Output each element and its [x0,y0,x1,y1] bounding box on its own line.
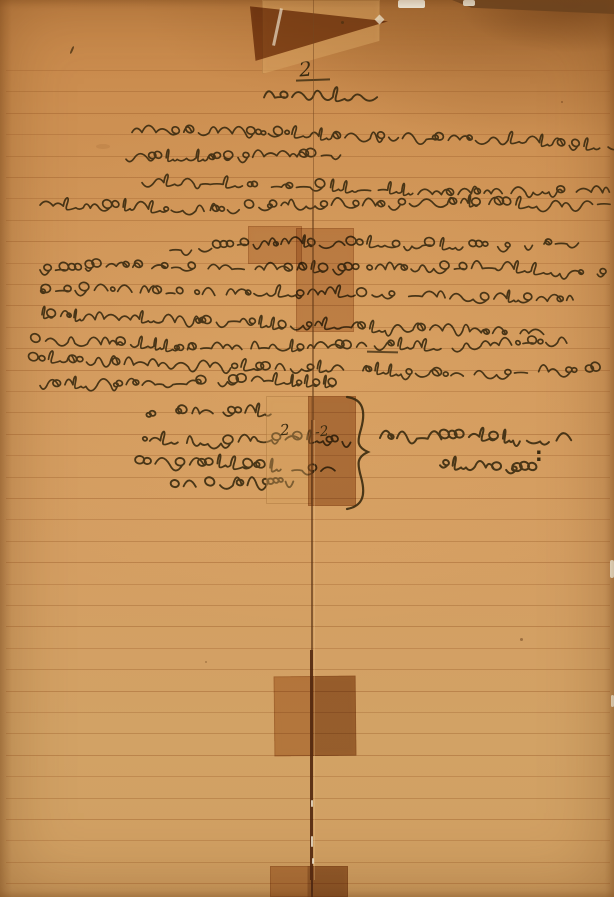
ink-speck [69,46,74,54]
tape-strip-paragraph-a [248,226,302,264]
ruled-line [6,605,610,606]
date-numeral-2: -2 [314,423,329,441]
tape-strip-signature-light [266,396,312,504]
fold-crease-middle [311,420,313,650]
ruled-line [6,798,610,799]
heading-line [262,80,370,109]
date-numeral-1: 2 [279,421,290,440]
crease-glint-3 [312,858,314,864]
paper-speck-1 [520,638,523,641]
crease-glint-2 [311,836,313,847]
ruled-line [6,519,610,520]
ruled-line [6,776,610,777]
signer-colon: : [535,444,543,466]
fold-crease-upper [312,190,314,420]
paper-speck-4 [96,144,110,149]
ruled-line [6,669,610,670]
signer-line [378,421,576,451]
crease-glint-1 [311,800,313,807]
handwritten-line [38,184,608,216]
signer-line [438,448,548,477]
tape-strip-paragraph-b [296,228,354,332]
ruled-line [6,220,610,221]
handwritten-line [38,365,338,396]
ruled-line [6,648,610,649]
paper-speck-3 [205,661,207,663]
white-tear-right-1 [610,560,614,578]
fold-crease-bottom [311,880,313,897]
ruled-line [6,862,610,863]
ruled-line [6,819,610,820]
ruled-line [6,626,610,627]
paper-speck-2 [561,101,563,103]
tape-ink-dot [341,21,344,24]
fold-crease-highlight [314,420,315,880]
white-sliver-top-1 [398,0,425,8]
fold-crease-top [313,0,314,190]
white-sliver-top-2 [463,0,475,6]
ruled-line [6,562,610,563]
brace-mark [342,394,372,516]
ruled-line [6,541,610,542]
document-scan: 2 2 -2 : [0,0,614,897]
ruled-line [6,113,610,114]
ruled-line [6,584,610,585]
tape-patch-bottom [270,866,348,897]
ruled-line [6,840,610,841]
tape-patch-middle [274,676,357,757]
